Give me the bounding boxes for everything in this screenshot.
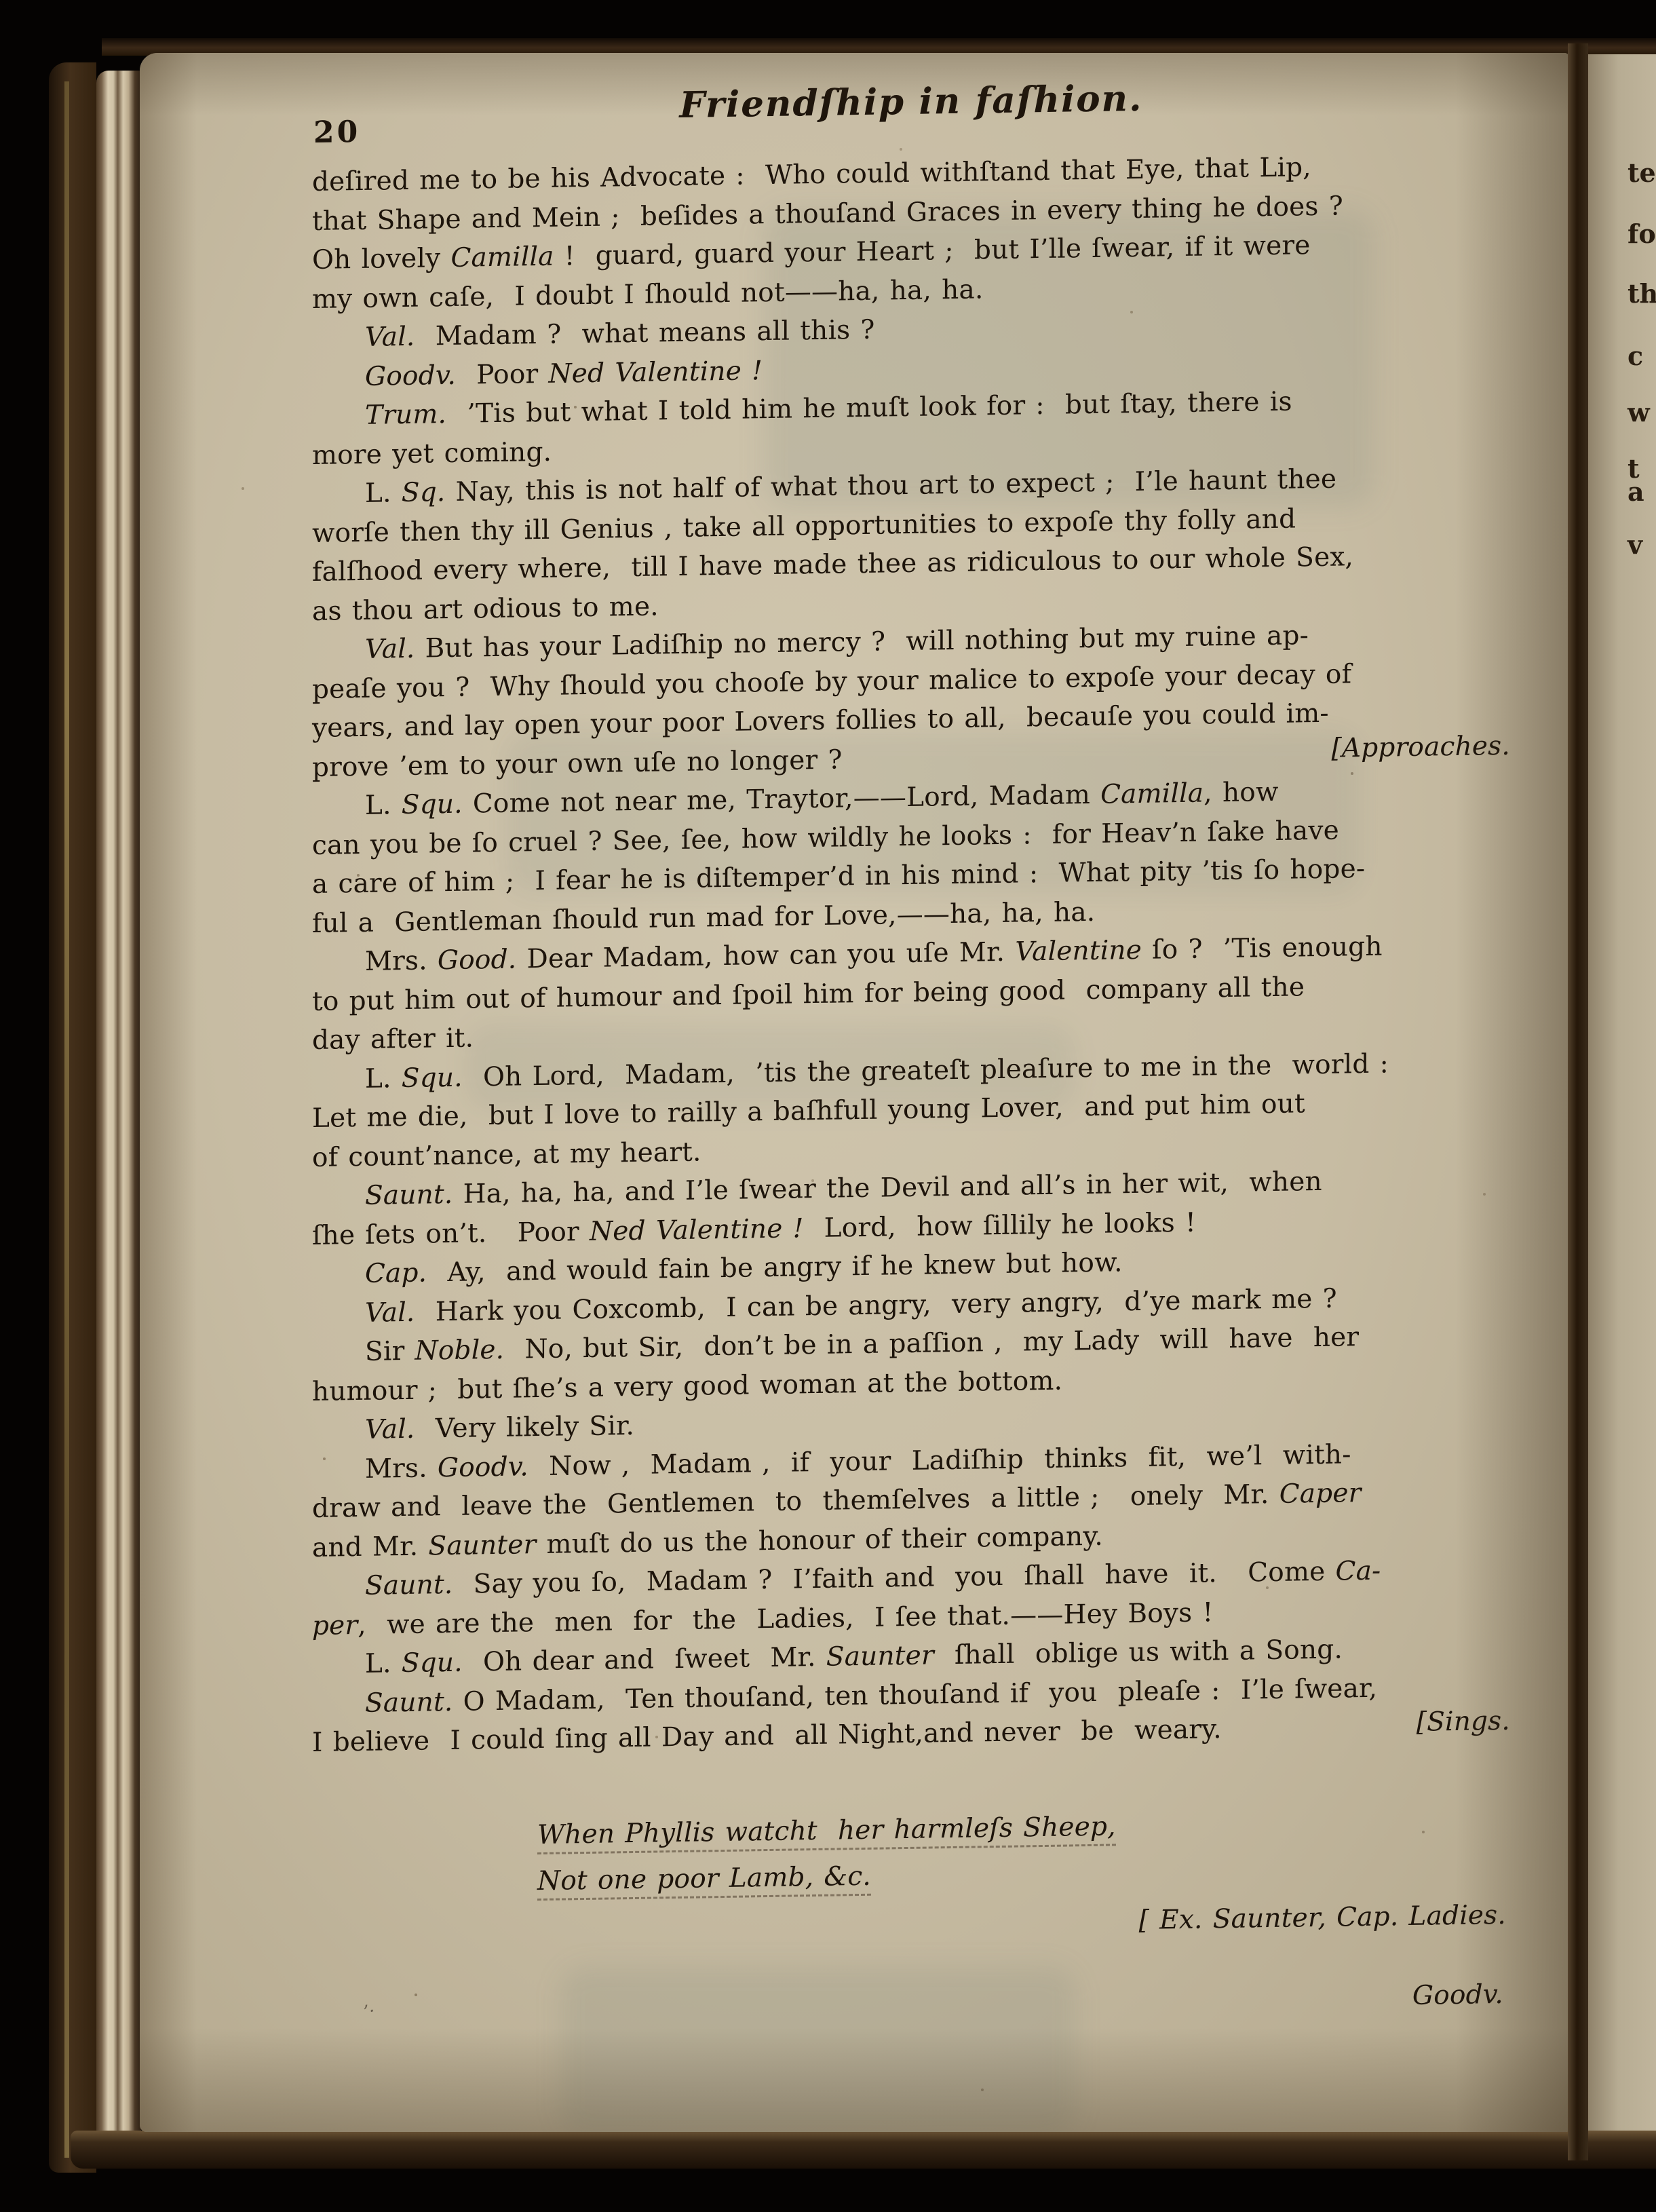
photographed-book-page: 20 Friendſhip in faſhion. deſired me to … [0,0,1656,2212]
book-gutter [1568,43,1588,2160]
book-cover-edge-left [49,62,96,2173]
page-edges-left [96,71,141,2137]
text-lines: deſired me to be his Advocate : Who coul… [312,145,1510,2032]
running-title: Friendſhip in faſhion. [312,72,1510,132]
stage-direction: [Sings. [1417,1702,1510,1742]
facing-line-fragment: fo [1628,218,1656,249]
facing-page: tefothcwtav [1588,54,1656,2131]
facing-line-fragment: a [1628,476,1644,507]
gilt-line-left [64,81,69,2158]
printed-text-area: 20 Friendſhip in faſhion. deſired me to … [312,72,1510,2112]
facing-line-fragment: v [1628,529,1642,560]
facing-line-fragment: c [1628,341,1643,371]
facing-line-fragment: te [1628,157,1656,188]
facing-line-fragment: w [1628,397,1650,427]
book-page: 20 Friendſhip in faſhion. deſired me to … [140,53,1570,2132]
facing-line-fragment: th [1628,278,1656,309]
stage-direction: [Approaches. [1331,726,1510,767]
book-cover-edge-bottom [71,2131,1656,2169]
